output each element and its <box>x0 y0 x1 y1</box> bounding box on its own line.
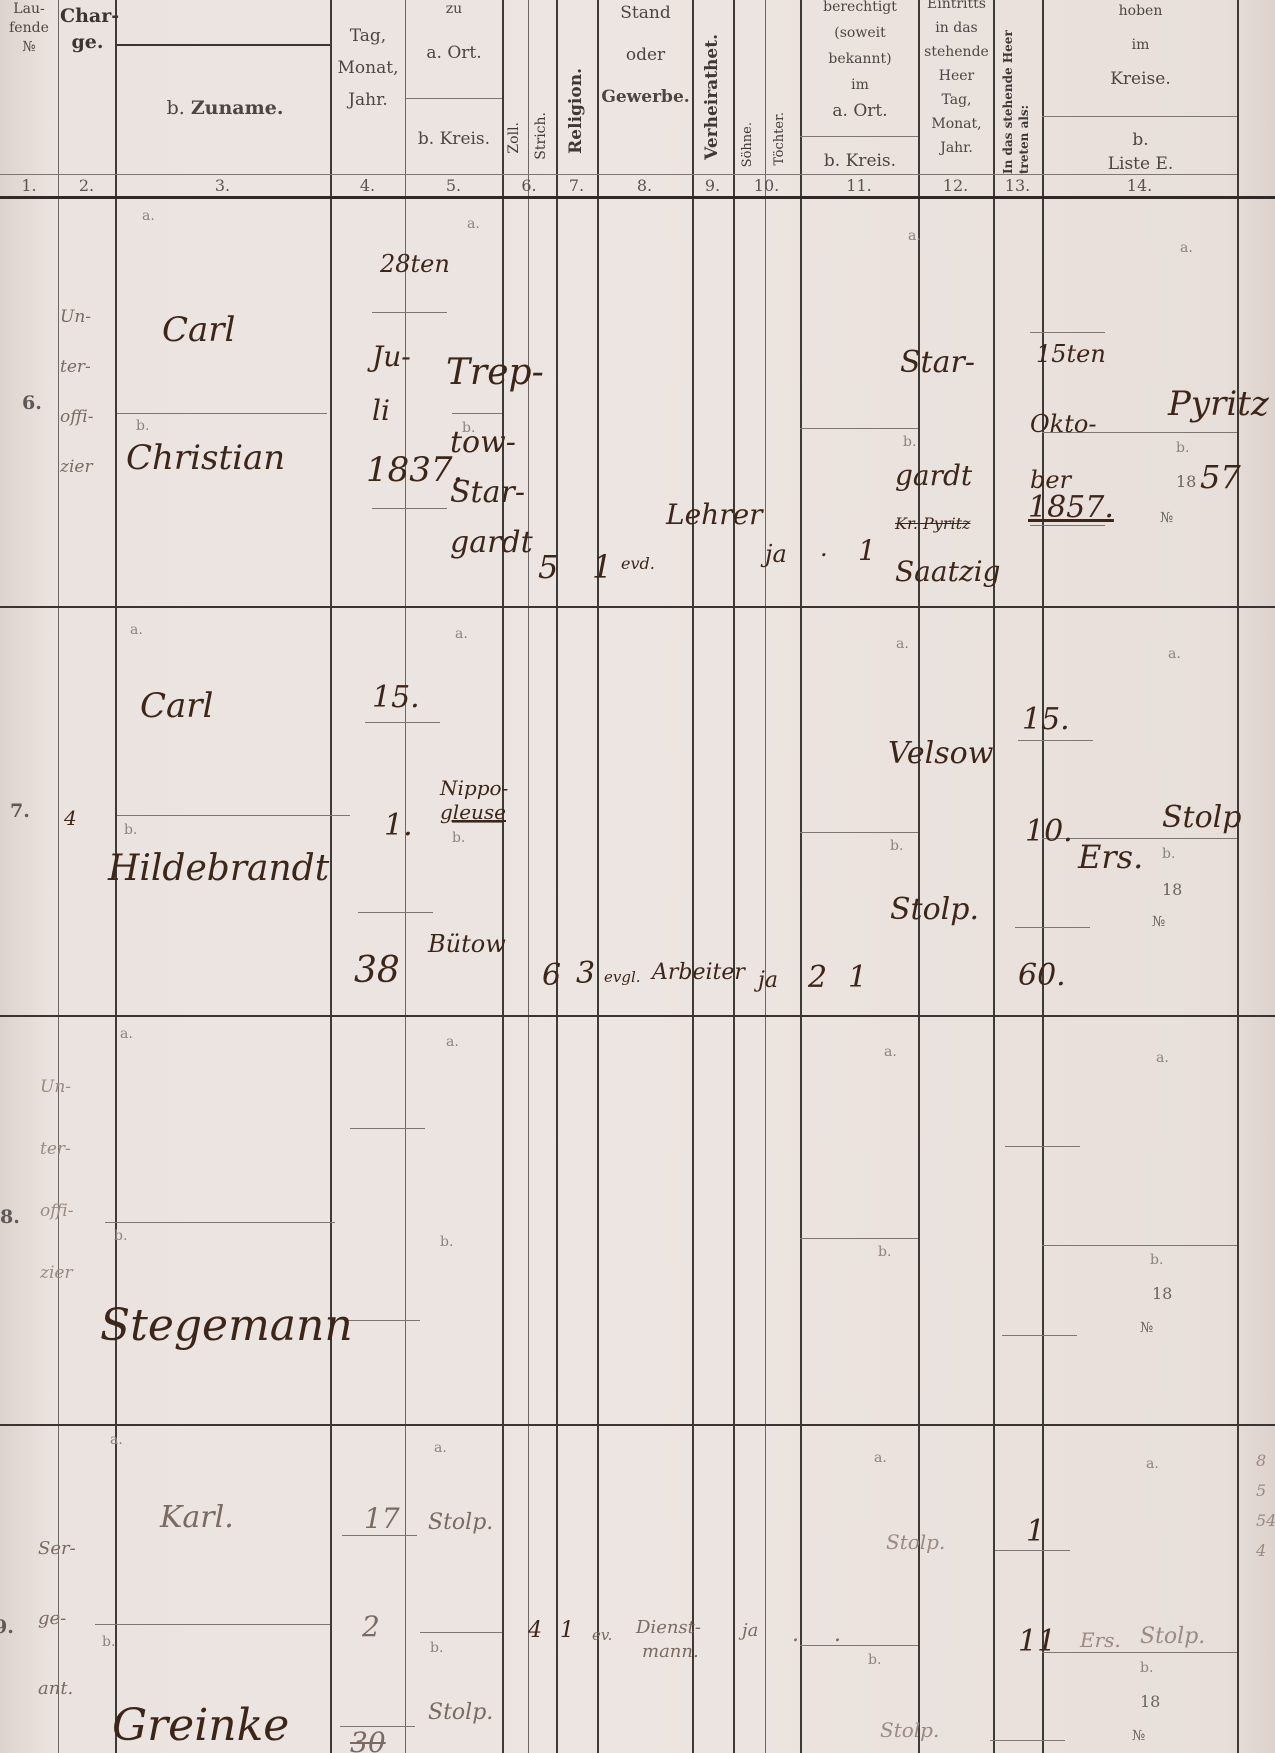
col-number: 14. <box>1042 176 1237 195</box>
ab-rule <box>117 815 350 816</box>
entry-year: 1857. <box>1028 490 1114 525</box>
sub-label-a: a. <box>455 626 468 642</box>
daughters: 1 <box>848 960 867 995</box>
date-rule <box>990 1740 1065 1741</box>
handwriting: zier <box>60 442 93 492</box>
header-text: Char- <box>60 4 115 30</box>
date-rule <box>995 1550 1070 1551</box>
header-col14: hoben im Kreise. <box>1044 0 1237 96</box>
col-divider <box>1237 0 1239 1753</box>
record-number: 7. <box>10 800 30 822</box>
header-col6-strich: Strich. <box>533 112 549 160</box>
handwriting: 54 <box>1256 1506 1275 1536</box>
kreis14-a: Pyritz <box>1168 384 1269 424</box>
verheirathet: ja <box>758 968 778 993</box>
col-divider <box>733 0 735 1753</box>
header-text: Zuname. <box>191 97 284 119</box>
header-text: Tag, <box>920 88 993 112</box>
handwriting: 4 <box>1256 1536 1275 1566</box>
sub-label-b: b. <box>102 1634 115 1650</box>
ab-rule <box>800 1238 918 1239</box>
sub-label-b: b. <box>903 434 916 450</box>
handwriting-struck: Kr. Pyritz <box>895 500 1000 548</box>
handwriting: Star- <box>450 468 533 518</box>
kreis14-a: Stolp <box>1162 800 1241 835</box>
birth-year: 38 <box>354 950 400 991</box>
handwriting: ter- <box>40 1118 73 1180</box>
header-col13: In das stehende Heer treten als: <box>1000 6 1036 174</box>
header-text: b. <box>1044 128 1237 152</box>
handwriting: Nippo- <box>440 776 508 800</box>
sub-label-b: b. <box>878 1244 891 1260</box>
sub-label-a: a. <box>1180 240 1193 256</box>
sub-label-a: a. <box>1156 1050 1169 1066</box>
domicile-ort: Stolp. <box>886 1530 945 1554</box>
record-number: 8. <box>0 1206 20 1228</box>
record-number: 9. <box>0 1616 14 1638</box>
header-col5-top: zu <box>406 0 502 19</box>
height-zoll: 6 <box>542 958 561 993</box>
handwriting: ge- <box>38 1584 76 1654</box>
ab-rule <box>800 1645 918 1646</box>
handwriting: Un- <box>40 1056 73 1118</box>
header-text: Gewerbe. <box>599 76 692 118</box>
sub-label-b: b. <box>890 838 903 854</box>
sub-label-b: b. <box>1162 846 1175 862</box>
sub-label-a: a. <box>896 636 909 652</box>
number-sign: № <box>1152 914 1165 930</box>
header-text: Monat, <box>332 52 404 84</box>
sub-label-a: a. <box>142 208 155 224</box>
margin-note: 8 5 54 4 <box>1256 1446 1275 1566</box>
col-divider <box>800 0 802 1753</box>
header-text: oder <box>599 34 692 76</box>
vorname: Carl <box>140 686 213 726</box>
birth-day: 15. <box>372 680 420 715</box>
birth-day: 28ten <box>380 250 450 278</box>
header-col3: b. Zuname. <box>120 96 330 122</box>
sub-label-a: a. <box>1168 646 1181 662</box>
kreis14-b-year: 57 <box>1200 458 1241 496</box>
year-prefix: 18 <box>1140 1692 1160 1711</box>
birth-month: 2 <box>362 1610 380 1643</box>
ab-rule <box>1042 1652 1237 1653</box>
ab-rule <box>800 428 918 429</box>
col-number: 12. <box>918 176 993 195</box>
col-divider <box>993 0 995 1753</box>
number-sign: № <box>1132 1728 1145 1744</box>
handwriting: Ser- <box>38 1514 76 1584</box>
header-col5-a: a. Ort. <box>406 42 502 65</box>
sub-label-a: a. <box>446 1034 459 1050</box>
sub-label-b: b. <box>868 1652 881 1668</box>
birth-month: 1. <box>384 808 413 843</box>
col-divider <box>502 0 504 1753</box>
year-prefix: 18 <box>1152 1284 1172 1303</box>
verheirathet: ja <box>765 540 787 568</box>
handwriting: gleuse <box>440 800 508 824</box>
number-sign: № <box>1160 510 1173 526</box>
col-divider <box>692 0 694 1753</box>
ab-rule <box>452 413 502 414</box>
header-text: hoben <box>1044 0 1237 28</box>
sub-label-b: b. <box>1140 1660 1153 1676</box>
header-col9: Verheirathet. <box>702 34 722 160</box>
religion: evd. <box>621 554 655 573</box>
header-text: a. Ort. <box>802 98 918 124</box>
birth-year: 1837. <box>366 450 463 490</box>
header-col6-zoll: Zoll. <box>506 122 522 154</box>
sub-label-a: a. <box>874 1450 887 1466</box>
handwriting: ter- <box>60 342 93 392</box>
entered-as: Ers. <box>1078 838 1143 876</box>
header-text: № <box>2 38 56 57</box>
header-text: Jahr. <box>332 84 404 116</box>
header-rule <box>117 44 330 46</box>
header-text: stehende <box>920 40 993 64</box>
col-number: 11. <box>800 176 918 195</box>
religion: ev. <box>592 1626 612 1644</box>
sub-label-a: a. <box>110 1432 123 1448</box>
date-rule <box>345 1320 420 1321</box>
col-number: 5. <box>405 176 502 195</box>
handwriting: Un- <box>60 292 93 342</box>
handwriting: gardt <box>450 518 533 568</box>
header-col7: Religion. <box>566 68 586 154</box>
domicile-kreis: gardt Kr. Pyritz Saatzig <box>895 452 1000 596</box>
sub-label-a: a. <box>467 216 480 232</box>
header-col11: berechtigt (soweit bekannt) im a. Ort. <box>802 0 918 124</box>
stand: Dienst- mann. <box>636 1616 701 1664</box>
date-rule <box>1030 332 1105 333</box>
date-rule <box>1030 525 1105 526</box>
handwriting: Okto- <box>1030 396 1096 452</box>
handwriting: Dienst- <box>636 1616 701 1640</box>
header-text: Heer <box>920 64 993 88</box>
entry-day: 1 <box>1026 1514 1045 1549</box>
header-rule <box>800 136 918 137</box>
header-text: fende <box>2 19 56 38</box>
kreis14-a: Stolp. <box>1140 1624 1205 1649</box>
birth-month: Ju- li <box>372 330 411 438</box>
header-col2: Char- ge. <box>60 4 115 55</box>
header-col4: Tag, Monat, Jahr. <box>332 20 404 116</box>
date-rule <box>342 1535 417 1536</box>
header-text: ge. <box>60 30 115 56</box>
record-separator <box>0 1015 1275 1017</box>
date-rule <box>1018 740 1093 741</box>
military-register-page: Lau- fende № Char- ge. b. Zuname. Tag, M… <box>0 0 1275 1753</box>
col-divider <box>58 0 59 1753</box>
handwriting: tow- <box>450 418 533 468</box>
header-col10-sons: Söhne. <box>740 122 755 167</box>
stand: Arbeiter <box>652 960 745 985</box>
header-text: in das <box>920 16 993 40</box>
date-rule <box>1015 927 1090 928</box>
vorname: Karl. <box>160 1500 234 1535</box>
header-text: Stand <box>599 0 692 34</box>
sub-label-b: b. <box>452 830 465 846</box>
handwriting: gardt <box>895 452 1000 500</box>
domicile-kreis: Stolp. <box>890 892 979 927</box>
domicile-ort: Star- <box>900 345 975 380</box>
stand: Lehrer <box>666 498 763 531</box>
birth-kreis: Bütow <box>428 930 506 958</box>
charge: Un- ter- offi- zier <box>60 292 93 492</box>
entered-as: Ers. <box>1080 1628 1121 1652</box>
date-rule <box>358 912 433 913</box>
ab-rule <box>105 1222 335 1223</box>
entry-day: 15. <box>1022 702 1070 737</box>
handwriting: offi- <box>60 392 93 442</box>
col-divider <box>765 0 766 1753</box>
entry-month: 11 <box>1018 1624 1056 1659</box>
col-divider <box>597 0 599 1753</box>
sons: 2 <box>808 960 827 995</box>
birth-ort: Trep- <box>446 352 544 393</box>
zuname: Greinke <box>112 1700 289 1751</box>
col-divider <box>556 0 558 1753</box>
zuname: Christian <box>126 438 285 478</box>
handwriting: zier <box>40 1242 73 1304</box>
zuname: Stegemann <box>100 1300 353 1351</box>
header-text: Eintritts <box>920 0 993 16</box>
entry-year: 60. <box>1018 958 1066 993</box>
header-bottom-rule <box>0 196 1275 199</box>
entry-day: 15ten <box>1036 340 1106 368</box>
zuname: Hildebrandt <box>108 848 329 889</box>
date-rule <box>350 1128 425 1129</box>
birth-year: 30 <box>350 1726 386 1753</box>
header-text: (soweit bekannt) <box>802 20 918 72</box>
handwriting: 8 <box>1256 1446 1275 1476</box>
sub-label-b: b. <box>124 822 137 838</box>
record-separator <box>0 1424 1275 1426</box>
header-text: Kreise. <box>1044 62 1237 96</box>
header-text: Jahr. <box>920 136 993 160</box>
daughters: 1 <box>858 534 876 567</box>
header-text: Tag, <box>332 20 404 52</box>
date-rule <box>1002 1335 1077 1336</box>
date-rule <box>372 312 447 313</box>
header-rule <box>406 98 502 99</box>
ab-rule <box>95 1624 330 1625</box>
sub-label-b: b. <box>136 418 149 434</box>
handwriting: Saatzig <box>895 548 1000 596</box>
ab-rule <box>117 413 327 414</box>
date-rule <box>1005 1146 1080 1147</box>
domicile-ort: Velsow <box>888 736 993 771</box>
year-prefix: 18 <box>1176 472 1196 491</box>
header-text: Lau- <box>2 0 56 19</box>
height-strich: 3 <box>576 956 595 991</box>
header-text: Liste E. <box>1044 152 1237 176</box>
number-sign: № <box>1140 1320 1153 1336</box>
col-divider <box>1042 0 1044 1753</box>
header-text: im <box>1044 28 1237 62</box>
charge: Ser- ge- ant. <box>38 1514 76 1724</box>
ab-rule <box>420 1632 502 1633</box>
header-col14-b: b. Liste E. <box>1044 128 1237 176</box>
header-text: b. <box>167 97 185 119</box>
sub-label-a: a. <box>434 1440 447 1456</box>
header-text: berechtigt <box>802 0 918 20</box>
sons: . <box>820 534 828 562</box>
ab-rule <box>800 832 918 833</box>
handwriting: li <box>372 384 411 438</box>
birth-kreis: Stolp. <box>428 1700 493 1725</box>
col-number: 2. <box>58 176 115 195</box>
col-number: 4. <box>330 176 405 195</box>
sub-label-a: a. <box>1146 1456 1159 1472</box>
header-col1: Lau- fende № <box>2 0 56 57</box>
col-number: 3. <box>115 176 330 195</box>
height-strich: 1 <box>592 548 612 586</box>
verheirathet: ja <box>742 1620 758 1641</box>
date-rule <box>372 508 447 509</box>
handwriting: offi- <box>40 1180 73 1242</box>
handwriting: 5 <box>1256 1476 1275 1506</box>
vorname: Carl <box>162 310 235 350</box>
daughters: . <box>834 1622 841 1647</box>
record-number: 6. <box>22 392 42 414</box>
sub-label-a: a. <box>120 1026 133 1042</box>
col-number: 10. <box>733 176 800 195</box>
col-number: 6. <box>502 176 556 195</box>
header-text: im <box>802 72 918 98</box>
col-number: 13. <box>993 176 1042 195</box>
header-col8: Stand oder Gewerbe. <box>599 0 692 118</box>
domicile-kreis: Stolp. <box>880 1718 939 1742</box>
record-separator <box>0 606 1275 608</box>
header-col10-daughters: Töchter. <box>772 112 787 166</box>
col-number: 7. <box>556 176 597 195</box>
handwriting: mann. <box>636 1640 701 1664</box>
col-number: 8. <box>597 176 692 195</box>
sub-label-a: a. <box>884 1044 897 1060</box>
col-number: 9. <box>692 176 733 195</box>
height-zoll: 5 <box>538 548 558 586</box>
handwriting: Ju- <box>372 330 411 384</box>
col-divider <box>528 0 529 1753</box>
sons: . <box>792 1622 799 1647</box>
handwriting: ant. <box>38 1654 76 1724</box>
sub-label-b: b. <box>1150 1252 1163 1268</box>
sub-label-a: a. <box>130 622 143 638</box>
ab-rule <box>1042 1245 1237 1246</box>
sub-label-b: b. <box>430 1640 443 1656</box>
col-number: 1. <box>0 176 58 195</box>
header-col12: Eintritts in das stehende Heer Tag, Mona… <box>920 0 993 160</box>
religion: evgl. <box>604 968 641 986</box>
sub-label-b: b. <box>114 1228 127 1244</box>
birth-day: 17 <box>364 1502 400 1535</box>
header-col11-b: b. Kreis. <box>802 150 918 173</box>
col-divider <box>918 0 920 1753</box>
birth-ort: Stolp. <box>428 1510 493 1535</box>
birth-ort: Nippo- gleuse <box>440 776 508 824</box>
birth-kreis: tow- Star- gardt <box>450 418 533 568</box>
height-strich: 1 <box>560 1618 574 1643</box>
charge: Un- ter- offi- zier <box>40 1056 73 1304</box>
col-divider <box>330 0 332 1753</box>
entry-month: 10. <box>1025 814 1073 849</box>
height-zoll: 4 <box>528 1618 542 1643</box>
date-rule <box>365 722 440 723</box>
header-col5-b: b. Kreis. <box>406 128 502 151</box>
charge: 4 <box>64 806 77 830</box>
sub-label-b: b. <box>440 1234 453 1250</box>
header-text: Monat, <box>920 112 993 136</box>
year-prefix: 18 <box>1162 880 1182 899</box>
header-rule <box>1042 116 1237 117</box>
sub-label-b: b. <box>1176 440 1189 456</box>
sub-label-a: a. <box>908 228 921 244</box>
